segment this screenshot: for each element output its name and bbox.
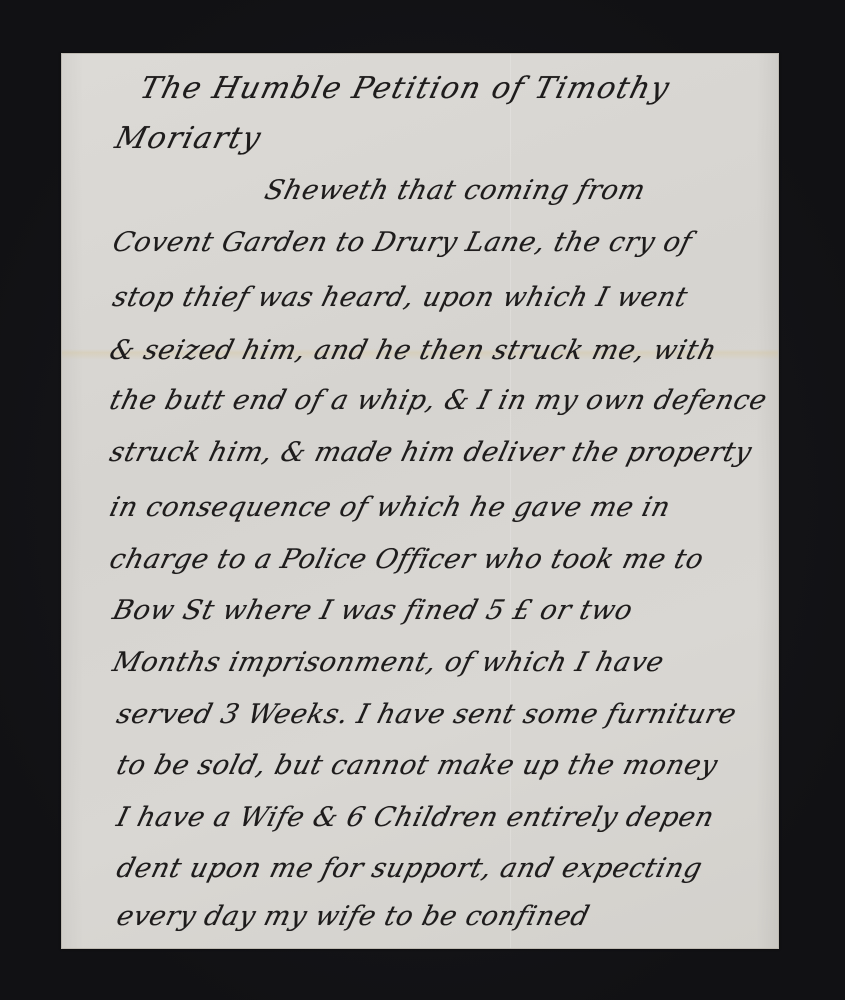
petitioner-surname-line: Moriarty — [112, 124, 265, 154]
text-line-9: in consequence of which he gave me in — [107, 494, 673, 521]
text-line-12: Months imprisonment, of which I have — [110, 649, 667, 676]
text-line-11: Bow St where I was fined 5 £ or two — [110, 597, 636, 624]
text-line-15: I have a Wife & 6 Children entirely depe… — [114, 804, 717, 831]
petition-title-line: The Humble Petition of Timothy — [137, 74, 673, 104]
text-line-6: & seized him, and he then struck me, wit… — [107, 337, 720, 364]
petition-page: The Humble Petition of Timothy Moriarty … — [61, 53, 779, 949]
text-line-7: the butt end of a whip, & I in my own de… — [107, 387, 770, 414]
text-line-10: charge to a Police Officer who took me t… — [107, 546, 707, 573]
text-line-8: struck him, & made him deliver the prope… — [107, 439, 755, 466]
text-line-4: Covent Garden to Drury Lane, the cry of — [110, 229, 695, 256]
text-line-17: every day my wife to be confined — [114, 903, 592, 930]
text-line-5: stop thief was heard, upon which I went — [110, 284, 691, 311]
text-line-13: served 3 Weeks. I have sent some furnitu… — [114, 701, 739, 728]
handwritten-text-block: The Humble Petition of Timothy Moriarty … — [62, 54, 778, 948]
text-line-3: Sheweth that coming from — [262, 177, 648, 204]
text-line-14: to be sold, but cannot make up the money — [114, 752, 720, 779]
text-line-16: dent upon me for support, and expecting — [114, 855, 705, 882]
